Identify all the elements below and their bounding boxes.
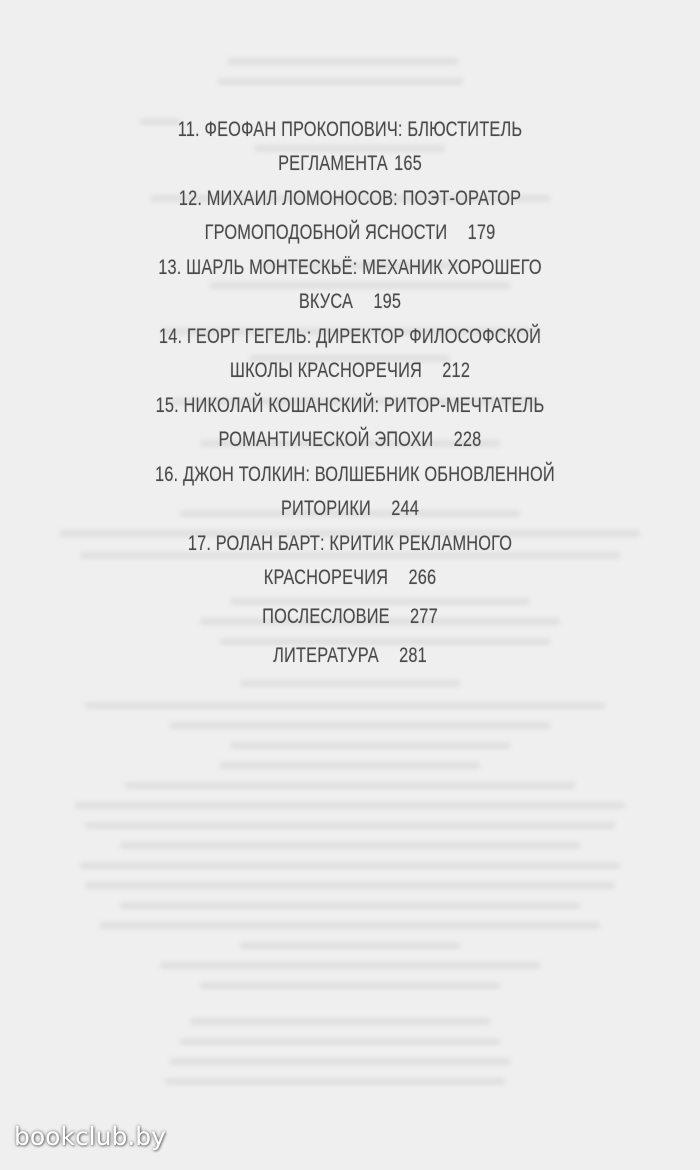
toc-entry-afterword: ПОСЛЕСЛОВИЕ277 <box>100 599 600 634</box>
toc-entry-title-cont: РОМАНТИЧЕСКОЙ ЭПОХИ228 <box>155 423 545 457</box>
toc-entry-title: 15. НИКОЛАЙ КОШАНСКИЙ: РИТОР-МЕЧТАТЕЛЬ <box>155 388 545 423</box>
toc-entry: 17. РОЛАН БАРТ: КРИТИК РЕКЛАМНОГО КРАСНО… <box>100 526 600 595</box>
watermark-logo: bookclub.by <box>14 1122 166 1151</box>
toc-page-number: 228 <box>454 428 482 451</box>
toc-entry-literature: ЛИТЕРАТУРА281 <box>100 638 600 673</box>
book-page: 11. ФЕОФАН ПРОКОПОВИЧ: БЛЮСТИТЕЛЬ РЕГЛАМ… <box>0 0 700 1170</box>
toc-entry-title: 12. МИХАИЛ ЛОМОНОСОВ: ПОЭТ-ОРАТОР <box>155 181 545 216</box>
toc-entry: 16. ДЖОН ТОЛКИН: ВОЛШЕБНИК ОБНОВЛЕННОЙ Р… <box>100 457 600 526</box>
toc-entry: 12. МИХАИЛ ЛОМОНОСОВ: ПОЭТ-ОРАТОР ГРОМОП… <box>100 181 600 250</box>
toc-page-number: 244 <box>391 497 419 520</box>
toc-entry-title: 14. ГЕОРГ ГЕГЕЛЬ: ДИРЕКТОР ФИЛОСОФСКОЙ <box>155 319 545 354</box>
toc-entry-title-cont: ГРОМОПОДОБНОЙ ЯСНОСТИ179 <box>155 216 545 250</box>
toc-page-number: 266 <box>408 566 436 589</box>
toc-entry-title: ЛИТЕРАТУРА281 <box>155 638 545 673</box>
toc-entry: 15. НИКОЛАЙ КОШАНСКИЙ: РИТОР-МЕЧТАТЕЛЬ Р… <box>100 388 600 457</box>
toc-entry-title: ПОСЛЕСЛОВИЕ277 <box>155 599 545 634</box>
table-of-contents: 11. ФЕОФАН ПРОКОПОВИЧ: БЛЮСТИТЕЛЬ РЕГЛАМ… <box>100 112 600 673</box>
toc-entry-title-cont: ВКУСА195 <box>155 285 545 319</box>
toc-entry-title-cont: КРАСНОРЕЧИЯ266 <box>155 561 545 595</box>
toc-page-number: 212 <box>442 359 470 382</box>
toc-page-number: 195 <box>373 290 401 313</box>
toc-page-number: 277 <box>410 605 438 628</box>
toc-entry-title: 16. ДЖОН ТОЛКИН: ВОЛШЕБНИК ОБНОВЛЕННОЙ <box>155 457 545 492</box>
toc-entry-title-cont: РЕГЛАМЕНТА165 <box>155 147 545 181</box>
toc-page-number: 281 <box>399 644 427 667</box>
toc-entry-title: 17. РОЛАН БАРТ: КРИТИК РЕКЛАМНОГО <box>155 526 545 561</box>
toc-page-number: 179 <box>468 221 496 244</box>
toc-entry-title: 13. ШАРЛЬ МОНТЕСКЬЁ: МЕХАНИК ХОРОШЕГО <box>155 250 545 285</box>
toc-entry: 13. ШАРЛЬ МОНТЕСКЬЁ: МЕХАНИК ХОРОШЕГО ВК… <box>100 250 600 319</box>
toc-entry-title: 11. ФЕОФАН ПРОКОПОВИЧ: БЛЮСТИТЕЛЬ <box>155 112 545 147</box>
toc-entry-title-cont: РИТОРИКИ244 <box>155 492 545 526</box>
toc-entry: 14. ГЕОРГ ГЕГЕЛЬ: ДИРЕКТОР ФИЛОСОФСКОЙ Ш… <box>100 319 600 388</box>
toc-entry-title-cont: ШКОЛЫ КРАСНОРЕЧИЯ212 <box>155 354 545 388</box>
toc-page-number: 165 <box>394 152 422 175</box>
toc-entry: 11. ФЕОФАН ПРОКОПОВИЧ: БЛЮСТИТЕЛЬ РЕГЛАМ… <box>100 112 600 181</box>
